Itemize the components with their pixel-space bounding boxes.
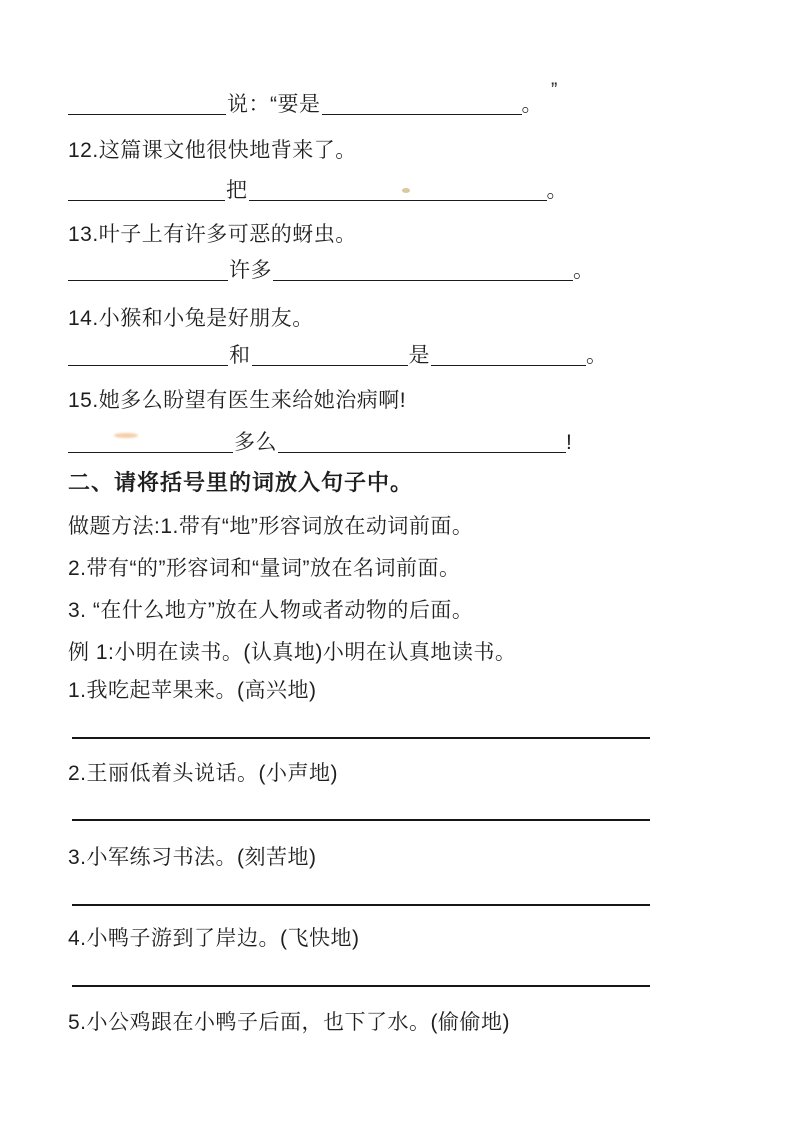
sentence-item-12: 12.这篇课文他很快地背来了。 [68,138,357,164]
answer-blank [68,452,233,453]
answer-blank [322,114,522,115]
method-line-2: 2.带有“的”形容词和“量词”放在名词前面。 [68,556,461,582]
fill-blank-row-12: 把。 [68,178,568,204]
method-line-3: 3. “在什么地方”放在人物或者动物的后面。 [68,598,473,624]
ending-punctuation: 。 [522,93,544,116]
connector-text: 说：“要是 [226,93,322,116]
connector-text: 许多 [228,259,273,282]
scan-artifact-smudge [114,433,138,438]
connector-text: 和 [228,344,252,367]
connector-text: 把 [225,179,249,202]
ending-punctuation: 。 [547,179,569,202]
answer-line [72,819,650,821]
scan-artifact-dot [402,188,410,193]
answer-blank [273,280,573,281]
worksheet-page: 说：“要是。” 12.这篇课文他很快地背来了。 把。 13.叶子上有许多可恶的蚜… [0,0,793,1122]
answer-blank [431,365,586,366]
fill-blank-row-15: 多么! [68,430,572,456]
sentence-item-14: 14.小猴和小兔是好朋友。 [68,306,314,332]
ending-punctuation: 。 [586,344,608,367]
sentence-item-15: 15.她多么盼望有医生来给她治病啊! [68,388,406,414]
answer-blank [68,365,228,366]
section-heading: 二、请将括号里的词放入句子中。 [68,470,413,496]
exercise2-item-4: 4.小鸭子游到了岸边。(飞快地) [68,926,360,952]
connector-text: 是 [408,344,432,367]
answer-blank [278,452,566,453]
ending-punctuation: ! [566,431,572,454]
sentence-item-13: 13.叶子上有许多可恶的蚜虫。 [68,222,357,248]
ending-punctuation: 。 [573,259,595,282]
fill-blank-row-14: 和是。 [68,343,608,369]
answer-blank [68,114,226,115]
exercise2-item-2: 2.王丽低着头说话。(小声地) [68,761,338,787]
example-line: 例 1:小明在读书。(认真地)小明在认真地读书。 [68,640,516,666]
answer-line [72,904,650,906]
exercise2-item-1: 1.我吃起苹果来。(高兴地) [68,678,317,704]
answer-blank [249,200,547,201]
answer-blank [252,365,408,366]
exercise2-item-5: 5.小公鸡跟在小鸭子后面，也下了水。(偷偷地) [68,1010,510,1036]
closing-quote: ” [551,78,558,104]
answer-line [72,737,650,739]
answer-blank [68,280,228,281]
fill-blank-row-11: 说：“要是。” [68,92,558,119]
exercise2-item-3: 3.小军练习书法。(刻苦地) [68,845,317,871]
fill-blank-row-13: 许多。 [68,258,595,284]
answer-blank [68,200,225,201]
method-line-1: 做题方法:1.带有“地”形容词放在动词前面。 [68,514,473,540]
answer-line [72,985,650,987]
connector-text: 多么 [233,431,278,454]
